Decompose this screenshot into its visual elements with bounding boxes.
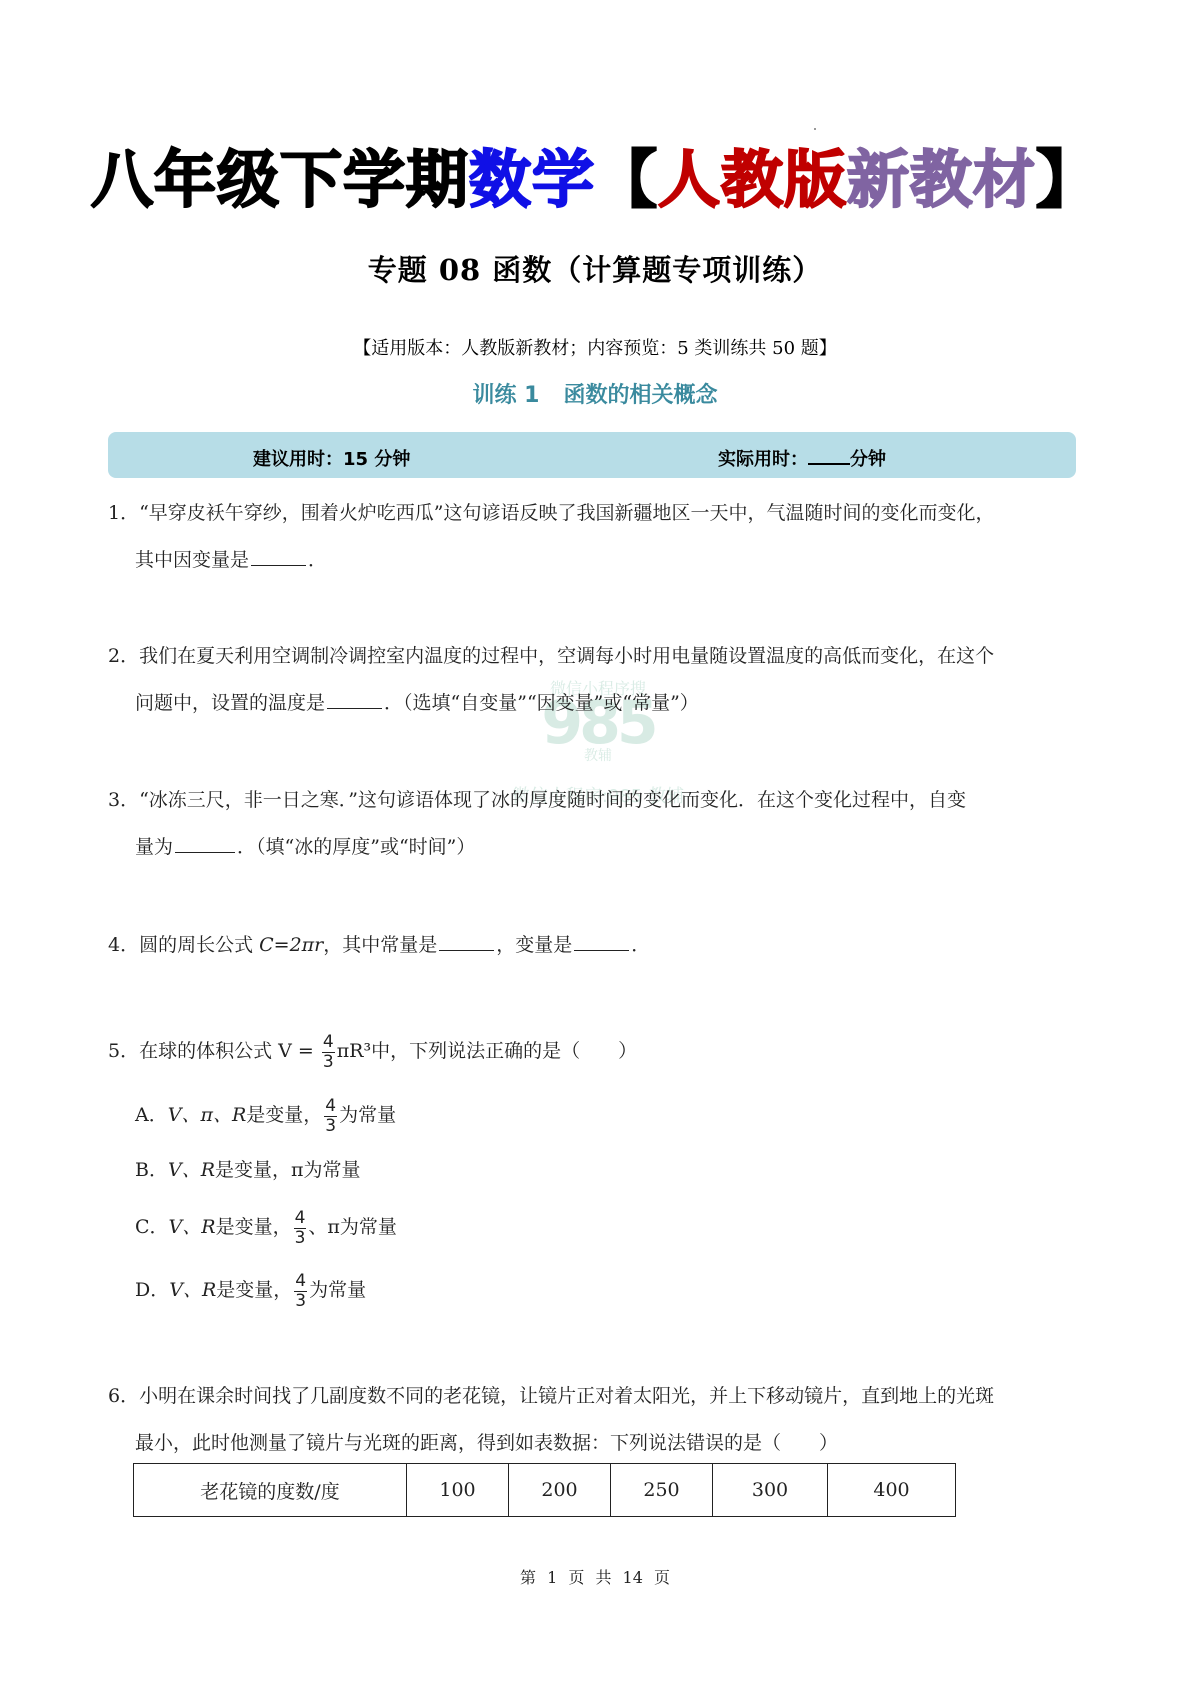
question-number: 4． (108, 934, 139, 956)
actual-time-label: 实际用时： (718, 449, 808, 470)
option-tail: 为常量 (339, 1104, 396, 1126)
answer-blank[interactable] (251, 547, 306, 566)
question-text-end: ．（选填“自变量”“因变量”或“常量”） (384, 692, 699, 714)
option-tail: 为常量 (309, 1279, 366, 1301)
title-part-bracket-close: 】 (1036, 143, 1099, 216)
stray-dot (814, 128, 816, 130)
watermark-line3: 教辅 (488, 748, 708, 764)
title-part-subject: 数学 (469, 143, 595, 216)
option-a[interactable]: A．V、π、R是变量，43为常量 (135, 1090, 396, 1140)
fraction: 43 (294, 1273, 307, 1310)
option-d[interactable]: D．V、R是变量，43为常量 (135, 1265, 366, 1315)
option-c[interactable]: C．V、R是变量，43、π为常量 (135, 1202, 397, 1252)
actual-time-unit: 分钟 (850, 449, 886, 470)
actual-time-blank[interactable] (808, 449, 850, 465)
question-text-end: ．（填“冰的厚度”或“时间”） (237, 836, 475, 858)
table-row: 老花镜的度数/度 100 200 250 300 400 (134, 1464, 956, 1517)
question-6: 6．小明在课余时间找了几副度数不同的老花镜，让镜片正对着太阳光，并上下移动镜片，… (108, 1373, 1098, 1467)
option-label: C． (135, 1216, 169, 1238)
document-subtitle: 专题 08 函数（计算题专项训练） (0, 248, 1190, 289)
title-part-grade: 八年级下学期 (91, 143, 469, 216)
option-label: A． (135, 1104, 168, 1126)
section-label: 训练 1 (473, 383, 540, 408)
option-b[interactable]: B．V、R是变量，π为常量 (135, 1145, 361, 1195)
question-5: 5．在球的体积公式 V = 43πR³中，下列说法正确的是（ ） (108, 1028, 1098, 1075)
page-footer: 第 1 页 共 14 页 (0, 1565, 1190, 1588)
question-text: “早穿皮袄午穿纱，围着火炉吃西瓜”这句谚语反映了我国新疆地区一天中，气温随时间的… (139, 502, 994, 524)
actual-time: 实际用时：分钟 (718, 445, 886, 471)
option-label: D． (135, 1279, 169, 1301)
answer-blank-constant[interactable] (439, 932, 494, 951)
question-2: 2．我们在夏天利用空调制冷调控室内温度的过程中，空调每小时用电量随设置温度的高低… (108, 633, 1098, 727)
question-text: 在球的体积公式 V = (139, 1040, 320, 1062)
option-tail: 、π为常量 (308, 1216, 397, 1238)
table-cell: 400 (828, 1464, 956, 1517)
question-number: 2． (108, 645, 139, 667)
table-cell: 200 (509, 1464, 611, 1517)
fraction: 43 (324, 1098, 337, 1135)
option-text: 是变量，π为常量 (215, 1159, 361, 1181)
question-text-cont: 其中因变量是 (135, 549, 249, 571)
option-vars: V、R (168, 1159, 215, 1181)
title-part-edition: 新教材 (847, 143, 1036, 216)
table-row-header: 老花镜的度数/度 (134, 1464, 407, 1517)
question-3: 3．“冰冻三尺，非一日之寒．”这句谚语体现了冰的厚度随时间的变化而变化．在这个变… (108, 777, 1098, 871)
question-text: 我们在夏天利用空调制冷调控室内温度的过程中，空调每小时用电量随设置温度的高低而变… (139, 645, 994, 667)
question-text: “冰冻三尺，非一日之寒．”这句谚语体现了冰的厚度随时间的变化而变化．在这个变化过… (139, 789, 966, 811)
option-vars: V、R (169, 1279, 216, 1301)
section-title-text: 函数的相关概念 (563, 383, 717, 408)
question-4: 4．圆的周长公式 C=2πr，其中常量是，变量是． (108, 922, 1098, 969)
question-number: 6． (108, 1385, 139, 1407)
question-text-end: ． (308, 549, 327, 571)
section-heading: 训练 1函数的相关概念 (0, 378, 1190, 409)
question-text: 圆的周长公式 (139, 934, 259, 956)
table-cell: 250 (611, 1464, 713, 1517)
answer-blank-variable[interactable] (574, 932, 629, 951)
document-main-title: 八年级下学期数学【人教版新教材】 (0, 140, 1190, 220)
formula-circumference: C=2πr (259, 934, 323, 956)
option-vars: V、π、R (168, 1104, 247, 1126)
answer-blank[interactable] (175, 834, 235, 853)
question-text-mid2: ，变量是 (496, 934, 572, 956)
answer-blank[interactable] (327, 690, 382, 709)
option-text: 是变量， (216, 1216, 292, 1238)
scope-note: 【适用版本：人教版新教材；内容预览：5 类训练共 50 题】 (0, 334, 1190, 360)
option-label: B． (135, 1159, 168, 1181)
question-text-cont: 最小，此时他测量了镜片与光斑的距离，得到如表数据：下列说法错误的是（ ） (108, 1420, 1098, 1467)
question-1: 1．“早穿皮袄午穿纱，围着火炉吃西瓜”这句谚语反映了我国新疆地区一天中，气温随时… (108, 490, 1098, 584)
question-number: 1． (108, 502, 139, 524)
question-text-mid: ，其中常量是 (323, 934, 437, 956)
time-bar: 建议用时：15 分钟 实际用时：分钟 (108, 432, 1076, 478)
fraction: 43 (294, 1210, 307, 1247)
option-vars: V、R (169, 1216, 216, 1238)
suggested-time: 建议用时：15 分钟 (253, 445, 410, 471)
question-text-end: πR³中，下列说法正确的是（ ） (337, 1040, 637, 1062)
question-number: 3． (108, 789, 139, 811)
question-number: 5． (108, 1040, 139, 1062)
question-text-cont: 量为 (135, 836, 173, 858)
reading-glasses-table: 老花镜的度数/度 100 200 250 300 400 (133, 1463, 956, 1517)
question-text: 小明在课余时间找了几副度数不同的老花镜，让镜片正对着太阳光，并上下移动镜片，直到… (139, 1385, 994, 1407)
title-part-bracket-open: 【 (595, 143, 658, 216)
option-text: 是变量， (246, 1104, 322, 1126)
title-part-publisher: 人教版 (658, 143, 847, 216)
table-cell: 100 (407, 1464, 509, 1517)
question-text-cont: 问题中，设置的温度是 (135, 692, 325, 714)
fraction: 43 (322, 1034, 335, 1071)
question-text-end: ． (631, 934, 650, 956)
table-cell: 300 (713, 1464, 828, 1517)
option-text: 是变量， (216, 1279, 292, 1301)
